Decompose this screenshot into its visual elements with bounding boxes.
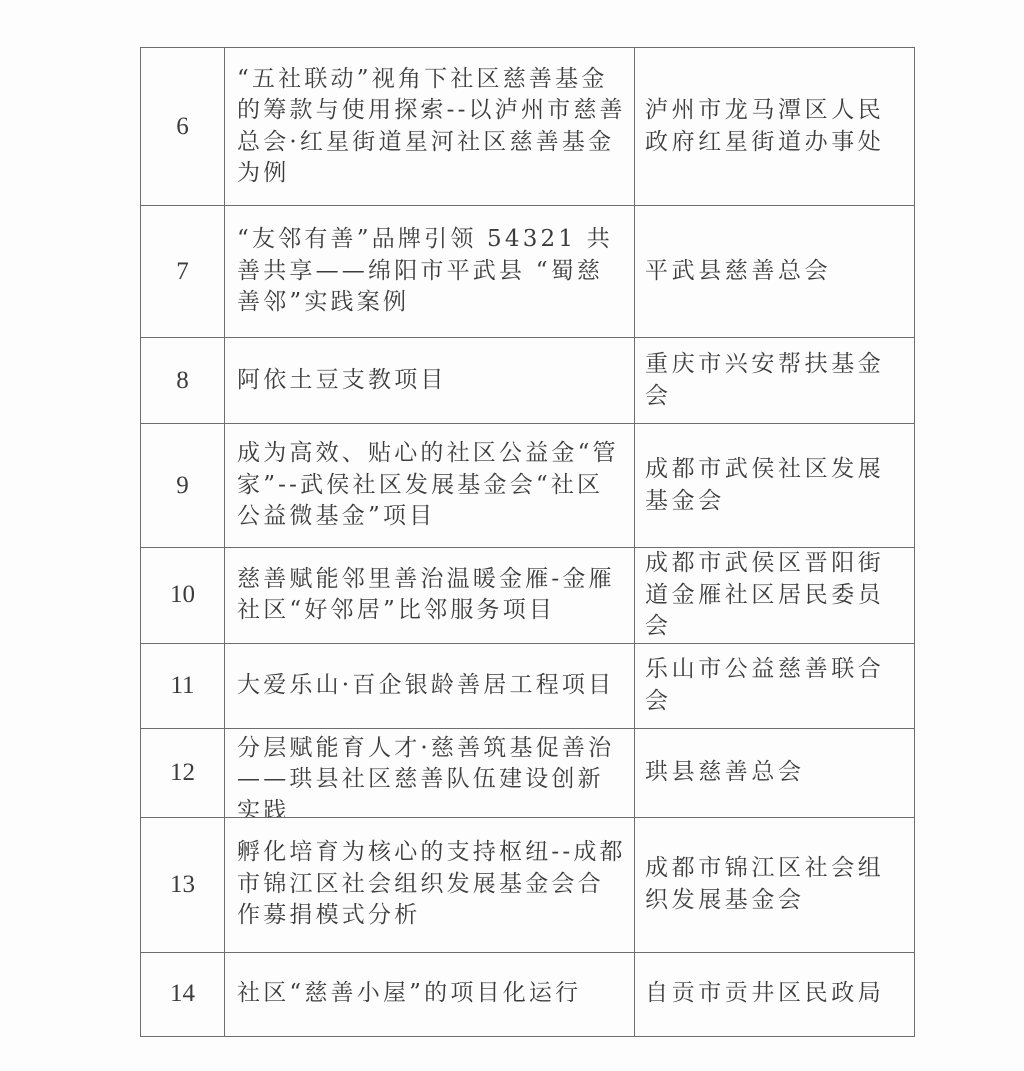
organization: 珙县慈善总会: [635, 728, 915, 817]
row-number: 6: [141, 48, 225, 206]
project-title: “友邻有善”品牌引领 54321 共善共享——绵阳市平武县 “蜀慈善邻”实践案例: [225, 206, 635, 338]
table-row: 13 孵化培育为核心的支持枢纽--成都市锦江区社会组织发展基金会合作募捐模式分析…: [141, 817, 915, 952]
organization: 成都市武侯区晋阳街道金雁社区居民委员会: [635, 548, 915, 644]
table-row: 11 大爱乐山·百企银龄善居工程项目 乐山市公益慈善联合会: [141, 643, 915, 728]
project-title-text: 分层赋能育人才·慈善筑基促善治——珙县社区慈善队伍建设创新实践: [237, 729, 626, 817]
project-title: “五社联动”视角下社区慈善基金的筹款与使用探索--以泸州市慈善总会·红星街道星河…: [225, 48, 635, 206]
organization: 重庆市兴安帮扶基金会: [635, 338, 915, 424]
project-title: 分层赋能育人才·慈善筑基促善治——珙县社区慈善队伍建设创新实践: [225, 728, 635, 817]
table-row: 12 分层赋能育人才·慈善筑基促善治——珙县社区慈善队伍建设创新实践 珙县慈善总…: [141, 728, 915, 817]
organization: 成都市武侯社区发展基金会: [635, 424, 915, 548]
row-number: 11: [141, 643, 225, 728]
row-number: 10: [141, 548, 225, 644]
table-row: 10 慈善赋能邻里善治温暖金雁-金雁社区“好邻居”比邻服务项目 成都市武侯区晋阳…: [141, 548, 915, 644]
table-row: 14 社区“慈善小屋”的项目化运行 自贡市贡井区民政局: [141, 952, 915, 1036]
table-row: 7 “友邻有善”品牌引领 54321 共善共享——绵阳市平武县 “蜀慈善邻”实践…: [141, 206, 915, 338]
row-number: 7: [141, 206, 225, 338]
row-number: 9: [141, 424, 225, 548]
organization: 泸州市龙马潭区人民政府红星街道办事处: [635, 48, 915, 206]
document-page: 6 “五社联动”视角下社区慈善基金的筹款与使用探索--以泸州市慈善总会·红星街道…: [0, 0, 1024, 1071]
row-number: 8: [141, 338, 225, 424]
table-row: 8 阿依土豆支教项目 重庆市兴安帮扶基金会: [141, 338, 915, 424]
project-title: 孵化培育为核心的支持枢纽--成都市锦江区社会组织发展基金会合作募捐模式分析: [225, 817, 635, 952]
organization: 平武县慈善总会: [635, 206, 915, 338]
row-number: 13: [141, 817, 225, 952]
table-row: 6 “五社联动”视角下社区慈善基金的筹款与使用探索--以泸州市慈善总会·红星街道…: [141, 48, 915, 206]
organization: 成都市锦江区社会组织发展基金会: [635, 817, 915, 952]
row-number: 14: [141, 952, 225, 1036]
project-list-table: 6 “五社联动”视角下社区慈善基金的筹款与使用探索--以泸州市慈善总会·红星街道…: [140, 47, 915, 1037]
project-title: 阿依土豆支教项目: [225, 338, 635, 424]
table-row: 9 成为高效、贴心的社区公益金“管家”--武侯社区发展基金会“社区公益微基金”项…: [141, 424, 915, 548]
project-title: 成为高效、贴心的社区公益金“管家”--武侯社区发展基金会“社区公益微基金”项目: [225, 424, 635, 548]
organization: 乐山市公益慈善联合会: [635, 643, 915, 728]
row-number: 12: [141, 728, 225, 817]
organization: 自贡市贡井区民政局: [635, 952, 915, 1036]
project-title: 慈善赋能邻里善治温暖金雁-金雁社区“好邻居”比邻服务项目: [225, 548, 635, 644]
project-title: 大爱乐山·百企银龄善居工程项目: [225, 643, 635, 728]
project-title: 社区“慈善小屋”的项目化运行: [225, 952, 635, 1036]
